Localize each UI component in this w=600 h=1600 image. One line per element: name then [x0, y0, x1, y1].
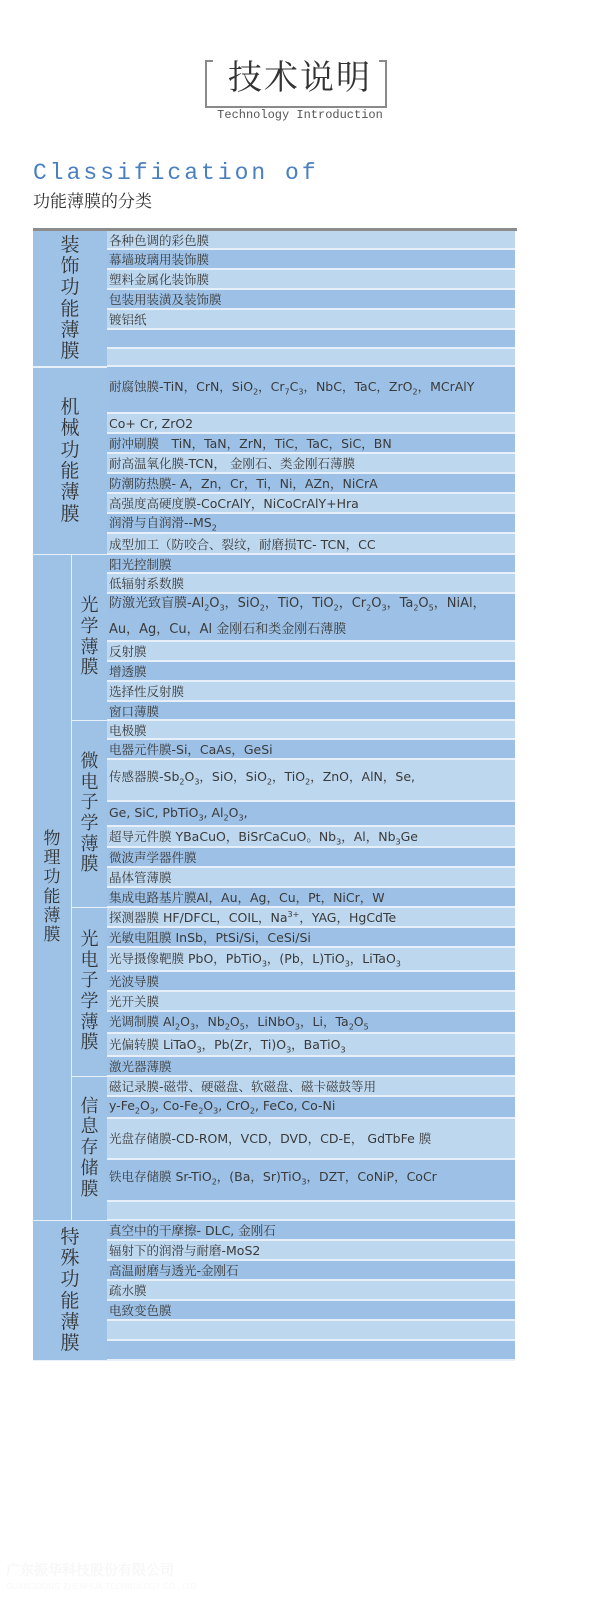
row-text: 防激光致盲膜-Al2O3，SiO2，TiO，TiO2，Cr2O3，Ta2O5，N…	[109, 594, 515, 641]
category-char: 子	[81, 793, 99, 814]
row-text: 集成电路基片膜Al，Au，Ag，Cu，Pt，NiCr，W	[109, 888, 385, 906]
category-physical-films: 物理功能薄膜	[33, 555, 71, 1221]
row-text: 真空中的干摩擦- DLC, 金刚石	[109, 1221, 276, 1239]
subcategory-optical-films: 光学薄膜	[71, 555, 107, 721]
table-row: 激光器薄膜	[107, 1057, 515, 1077]
category-special-films: 特殊功能薄膜	[33, 1221, 107, 1361]
category-char: 膜	[60, 1333, 79, 1354]
row-text: 阳光控制膜	[109, 555, 172, 573]
table-row: 磁记录膜-磁带、硬磁盘、软磁盘、磁卡磁鼓等用	[107, 1077, 515, 1097]
row-text: 激光器薄膜	[109, 1057, 172, 1075]
category-char: 能	[44, 888, 61, 907]
table-row: 光导摄像靶膜 PbO，PbTiO3，(Pb，L)TiO3，LiTaO3	[107, 948, 515, 972]
table-row	[107, 1341, 515, 1361]
category-char: 膜	[44, 926, 61, 945]
category-char: 学	[81, 992, 99, 1013]
category-char: 理	[44, 849, 61, 868]
row-text: 光盘存储膜-CD-ROM，VCD，DVD，CD-E， GdTbFe 膜	[109, 1128, 431, 1150]
category-char: 薄	[81, 1013, 99, 1034]
category-char: 微	[81, 752, 99, 773]
table-row: 阳光控制膜	[107, 555, 515, 574]
table-row: 耐高温氧化膜-TCN， 金刚石、类金刚石薄膜	[107, 454, 515, 474]
page-title: 技术说明	[0, 50, 600, 99]
row-text: 增透膜	[109, 662, 147, 680]
table-row: 耐冲刷膜 TiN，TaN，ZrN，TiC，TaC，SiC，BN	[107, 434, 515, 454]
table-row: Co+ Cr, ZrO2	[107, 414, 515, 434]
table-row: 润滑与自润滑--MS2	[107, 514, 515, 534]
table-row: 微波声学器件膜	[107, 848, 515, 868]
category-char: 功	[60, 1269, 79, 1290]
category-char: 薄	[60, 1312, 79, 1333]
table-row: 各种色调的彩色膜	[107, 231, 515, 250]
table-row: 真空中的干摩擦- DLC, 金刚石	[107, 1221, 515, 1241]
table-row: 铁电存储膜 Sr-TiO2，(Ba，Sr)TiO3，DZT，CoNiP，CoCr	[107, 1160, 515, 1202]
table-row: 光盘存储膜-CD-ROM，VCD，DVD，CD-E， GdTbFe 膜	[107, 1119, 515, 1160]
row-text: 耐高温氧化膜-TCN， 金刚石、类金刚石薄膜	[109, 454, 355, 472]
category-decorative-films: 装饰功能薄膜	[33, 231, 107, 367]
row-text: 光偏转膜 LiTaO3，Pb(Zr，Ti)O3，BaTiO3	[109, 1035, 346, 1055]
row-text: Co+ Cr, ZrO2	[109, 416, 193, 431]
table-row: 光偏转膜 LiTaO3，Pb(Zr，Ti)O3，BaTiO3	[107, 1034, 515, 1057]
category-char: 薄	[44, 907, 61, 926]
category-char: 膜	[81, 1033, 99, 1054]
category-char: 薄	[60, 320, 79, 341]
table-row: 防激光致盲膜-Al2O3，SiO2，TiO，TiO2，Cr2O3，Ta2O5，N…	[107, 594, 515, 642]
row-text: 光敏电阻膜 InSb，PtSi/Si，CeSi/Si	[109, 928, 311, 946]
category-char: 膜	[60, 341, 79, 362]
row-text: 光开关膜	[109, 992, 159, 1010]
category-char: 特	[60, 1227, 79, 1248]
table-row: 探测器膜 HF/DFCL，COIL，Na3+，YAG，HgCdTe	[107, 908, 515, 928]
category-char: 殊	[60, 1248, 79, 1269]
category-char: 功	[60, 277, 79, 298]
table-row: 集成电路基片膜Al，Au，Ag，Cu，Pt，NiCr，W	[107, 888, 515, 908]
row-text: 窗口薄膜	[109, 702, 159, 720]
row-text: 探测器膜 HF/DFCL，COIL，Na3+，YAG，HgCdTe	[109, 908, 396, 926]
category-char: 功	[60, 440, 79, 461]
table-row: y-Fe2O3, Co-Fe2O3, CrO2, FeCo, Co-Ni	[107, 1097, 515, 1119]
category-char: 膜	[81, 1180, 99, 1201]
category-char: 学	[81, 814, 99, 835]
category-char: 子	[81, 971, 99, 992]
table-row: 选择性反射膜	[107, 682, 515, 702]
table-row	[107, 1202, 515, 1221]
row-text: 包装用装潢及装饰膜	[109, 290, 222, 308]
category-char: 光	[81, 930, 99, 951]
subcategory-info-storage-films: 信息存储膜	[71, 1077, 107, 1221]
category-char: 储	[81, 1159, 99, 1180]
table-row: 防潮防热膜- A，Zn，Cr，Ti，Ni，AZn，NiCrA	[107, 474, 515, 494]
table-row: 电致变色膜	[107, 1301, 515, 1321]
table-row: 高强度高硬度膜-CoCrAlY，NiCoCrAlY+Hra	[107, 494, 515, 514]
row-text: 超导元件膜 YBaCuO，BiSrCaCuO。Nb3，Al，Nb3Ge	[109, 827, 418, 846]
row-text: 光调制膜 Al2O3，Nb2O5，LiNbO3，Li，Ta2O5	[109, 1012, 369, 1032]
row-text: 润滑与自润滑--MS2	[109, 514, 217, 533]
table-row: 塑料金属化装饰膜	[107, 270, 515, 290]
category-char: 械	[60, 418, 79, 439]
row-text: 镀铝纸	[109, 310, 147, 328]
category-char: 机	[60, 397, 79, 418]
category-char: 能	[60, 299, 79, 320]
row-text: 防潮防热膜- A，Zn，Cr，Ti，Ni，AZn，NiCrA	[109, 474, 378, 492]
category-char: 光	[81, 596, 99, 617]
category-char: 息	[81, 1117, 99, 1138]
category-mechanical-films: 机械功能薄膜	[33, 367, 107, 555]
category-char: 装	[60, 235, 79, 256]
row-text: 传感器膜-Sb2O3，SiO，SiO2，TiO2，ZnO，AlN，Se,	[109, 766, 415, 794]
section-heading-cn: 功能薄膜的分类	[33, 187, 152, 212]
row-text: 电致变色膜	[109, 1301, 172, 1319]
table-row: 辐射下的润滑与耐磨-MoS2	[107, 1241, 515, 1261]
row-text: y-Fe2O3, Co-Fe2O3, CrO2, FeCo, Co-Ni	[109, 1098, 335, 1116]
row-text: 微波声学器件膜	[109, 848, 197, 866]
category-char: 膜	[81, 855, 99, 876]
category-char: 能	[60, 1291, 79, 1312]
category-char: 薄	[81, 835, 99, 856]
table-row: 光波导膜	[107, 972, 515, 992]
section-heading-en: Classification of	[33, 160, 319, 186]
table-row	[107, 349, 515, 367]
subcategory-optoelectronic-films: 光电子学薄膜	[71, 908, 107, 1077]
row-text: 电极膜	[109, 721, 147, 739]
table-row: 窗口薄膜	[107, 702, 515, 721]
table-row: 耐腐蚀膜-TiN，CrN，SiO2，Cr7C3，NbC，TaC，ZrO2，MCr…	[107, 367, 515, 414]
table-row: 光敏电阻膜 InSb，PtSi/Si，CeSi/Si	[107, 928, 515, 948]
row-text: 低辐射系数膜	[109, 574, 184, 592]
table-row: Ge, SiC, PbTiO3, Al2O3,	[107, 802, 515, 827]
table-row: 光调制膜 Al2O3，Nb2O5，LiNbO3，Li，Ta2O5	[107, 1012, 515, 1034]
watermark: 广东振华科技股份有限公司	[6, 1560, 174, 1580]
category-char: 薄	[60, 482, 79, 503]
table-row: 电极膜	[107, 721, 515, 740]
subcategory-microelectronic-films: 微电子学薄膜	[71, 721, 107, 908]
row-text: 晶体管薄膜	[109, 868, 172, 886]
table-row: 反射膜	[107, 642, 515, 662]
row-text: 耐腐蚀膜-TiN，CrN，SiO2，Cr7C3，NbC，TaC，ZrO2，MCr…	[109, 376, 474, 404]
table-row: 包装用装潢及装饰膜	[107, 290, 515, 310]
row-text: 幕墙玻璃用装饰膜	[109, 250, 209, 268]
row-text: 光导摄像靶膜 PbO，PbTiO3，(Pb，L)TiO3，LiTaO3	[109, 949, 401, 969]
category-char: 薄	[81, 638, 99, 659]
category-char: 电	[81, 951, 99, 972]
classification-table: 装饰功能薄膜各种色调的彩色膜幕墙玻璃用装饰膜塑料金属化装饰膜包装用装潢及装饰膜镀…	[33, 228, 517, 1361]
row-text: 高强度高硬度膜-CoCrAlY，NiCoCrAlY+Hra	[109, 494, 359, 512]
table-row: 传感器膜-Sb2O3，SiO，SiO2，TiO2，ZnO，AlN，Se,	[107, 760, 515, 802]
watermark-en: GUANGDONG ZHENHUA TECHNOLOGY CO., LTD	[6, 1582, 196, 1591]
row-text: 电器元件膜-Si，CaAs，GeSi	[109, 740, 273, 758]
row-text: 磁记录膜-磁带、硬磁盘、软磁盘、磁卡磁鼓等用	[109, 1077, 376, 1095]
page-subtitle-en: Technology Introduction	[0, 108, 600, 122]
table-row: 超导元件膜 YBaCuO，BiSrCaCuO。Nb3，Al，Nb3Ge	[107, 827, 515, 848]
table-row: 电器元件膜-Si，CaAs，GeSi	[107, 740, 515, 760]
category-char: 电	[81, 773, 99, 794]
table-row: 晶体管薄膜	[107, 868, 515, 888]
row-text: 各种色调的彩色膜	[109, 231, 209, 249]
category-char: 物	[44, 830, 61, 849]
table-row	[107, 330, 515, 349]
row-text: 选择性反射膜	[109, 682, 184, 700]
row-text: 高温耐磨与透光-金刚石	[109, 1261, 239, 1279]
table-row: 增透膜	[107, 662, 515, 682]
table-row: 光开关膜	[107, 992, 515, 1012]
row-text: 反射膜	[109, 642, 147, 660]
row-text: 塑料金属化装饰膜	[109, 270, 209, 288]
row-text: 疏水膜	[109, 1281, 147, 1299]
category-char: 功	[44, 868, 61, 887]
table-row: 镀铝纸	[107, 310, 515, 330]
category-char: 饰	[60, 256, 79, 277]
row-text: 铁电存储膜 Sr-TiO2，(Ba，Sr)TiO3，DZT，CoNiP，CoCr	[109, 1166, 437, 1194]
category-char: 能	[60, 461, 79, 482]
row-text: 光波导膜	[109, 972, 159, 990]
row-text: 成型加工（防咬合、裂纹，耐磨损TC- TCN，CC	[109, 535, 376, 553]
row-text: Ge, SiC, PbTiO3, Al2O3,	[109, 805, 248, 823]
table-row	[107, 1321, 515, 1341]
table-row: 幕墙玻璃用装饰膜	[107, 250, 515, 270]
table-row: 高温耐磨与透光-金刚石	[107, 1261, 515, 1281]
row-text: 辐射下的润滑与耐磨-MoS2	[109, 1241, 260, 1259]
table-row: 低辐射系数膜	[107, 574, 515, 594]
category-char: 膜	[60, 504, 79, 525]
category-char: 膜	[81, 658, 99, 679]
row-text: 耐冲刷膜 TiN，TaN，ZrN，TiC，TaC，SiC，BN	[109, 434, 392, 452]
table-row: 疏水膜	[107, 1281, 515, 1301]
category-char: 信	[81, 1097, 99, 1118]
category-char: 存	[81, 1138, 99, 1159]
category-char: 学	[81, 617, 99, 638]
table-row: 成型加工（防咬合、裂纹，耐磨损TC- TCN，CC	[107, 534, 515, 555]
